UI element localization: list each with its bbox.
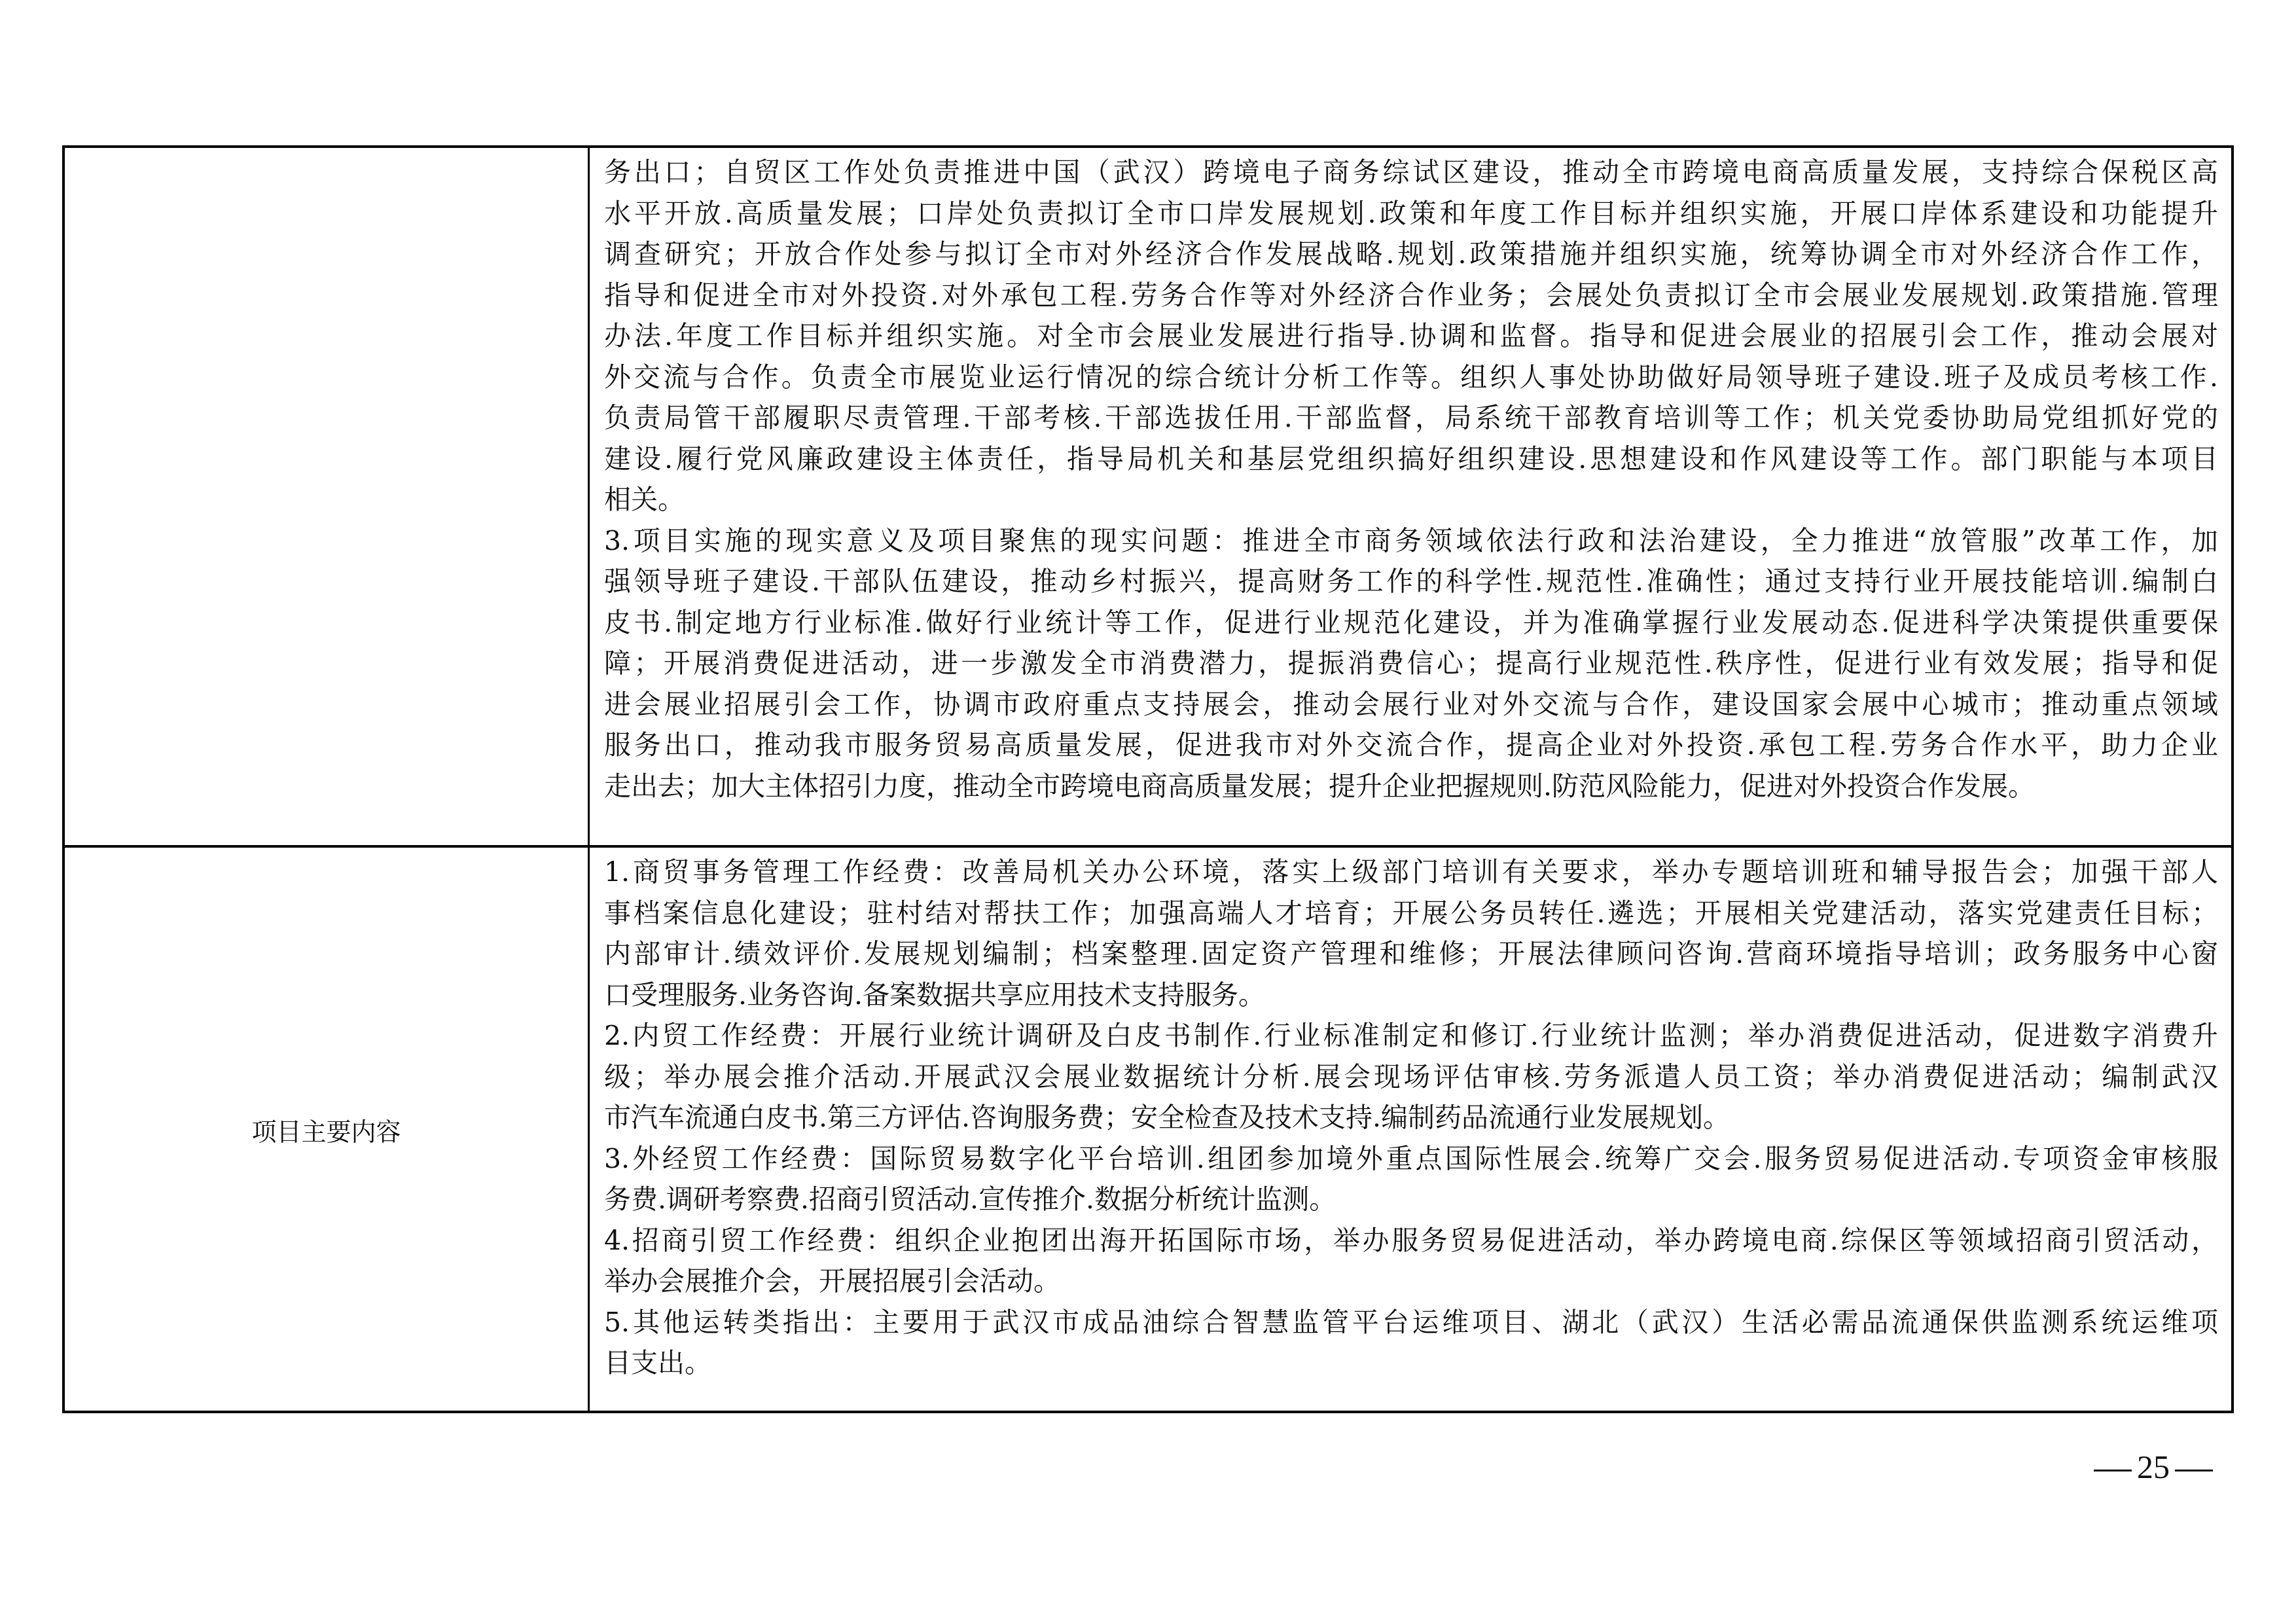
row-content: 务出口；自贸区工作处负责推进中国（武汉）跨境电子商务综试区建设，推动全市跨境电商…	[590, 148, 2231, 845]
row-label	[65, 148, 590, 845]
content-line: 市汽车流通白皮书.第三方评估.咨询服务费；安全检查及技术支持.编制药品流通行业发…	[604, 1097, 2218, 1138]
content-line: 口受理服务.业务咨询.备案数据共享应用技术支持服务。	[604, 975, 2218, 1016]
dash-right-decoration	[2175, 1470, 2213, 1471]
content-line: 负责局管干部履职尽责管理.干部考核.干部选拔任用.干部监督，局系统干部教育培训等…	[604, 397, 2218, 439]
content-line: 务出口；自贸区工作处负责推进中国（武汉）跨境电子商务综试区建设，推动全市跨境电商…	[604, 152, 2218, 193]
content-line: 目支出。	[604, 1343, 2218, 1384]
content-line: 务费.调研考察费.招商引贸活动.宣传推介.数据分析统计监测。	[604, 1179, 2218, 1220]
content-line: 事档案信息化建设；驻村结对帮扶工作；加强高端人才培育；开展公务员转任.遴选；开展…	[604, 893, 2218, 934]
content-line: 4.招商引贸工作经费：组织企业抱团出海开拓国际市场，举办服务贸易促进活动，举办跨…	[604, 1220, 2218, 1261]
content-line: 进会展业招展引会工作，协调市政府重点支持展会，推动会展行业对外交流与合作，建设国…	[604, 684, 2218, 725]
content-line: 水平开放.高质量发展；口岸处负责拟订全市口岸发展规划.政策和年度工作目标并组织实…	[604, 193, 2218, 234]
content-line: 走出去；加大主体招引力度，推动全市跨境电商高质量发展；提升企业把握规则.防范风险…	[604, 766, 2218, 807]
content-line: 障；开展消费促进活动，进一步激发全市消费潜力，提振消费信心；提高行业规范性.秩序…	[604, 643, 2218, 684]
content-line: 2.内贸工作经费：开展行业统计调研及白皮书制作.行业标准制定和修订.行业统计监测…	[604, 1015, 2218, 1056]
content-line: 级；举办展会推介活动.开展武汉会展业数据统计分析.展会现场评估审核.劳务派遣人员…	[604, 1056, 2218, 1098]
content-line: 1.商贸事务管理工作经费：改善局机关办公环境，落实上级部门培训有关要求，举办专题…	[604, 852, 2218, 893]
table-row-department-functions: 务出口；自贸区工作处负责推进中国（武汉）跨境电子商务综试区建设，推动全市跨境电商…	[65, 148, 2231, 845]
content-line: 3.项目实施的现实意义及项目聚焦的现实问题：推进全市商务领域依法行政和法治建设，…	[604, 520, 2218, 562]
row-label-main-content: 项目主要内容	[65, 848, 590, 1411]
page-number-value: 25	[2137, 1449, 2170, 1485]
row-content: 1.商贸事务管理工作经费：改善局机关办公环境，落实上级部门培训有关要求，举办专题…	[590, 848, 2231, 1411]
dash-left-decoration	[2094, 1470, 2132, 1471]
document-page: 务出口；自贸区工作处负责推进中国（武汉）跨境电子商务综试区建设，推动全市跨境电商…	[0, 0, 2296, 1624]
content-line: 举办会展推介会，开展招展引会活动。	[604, 1261, 2218, 1302]
content-line: 强领导班子建设.干部队伍建设，推动乡村振兴，提高财务工作的科学性.规范性.准确性…	[604, 561, 2218, 602]
content-line: 外交流与合作。负责全市展览业运行情况的综合统计分析工作等。组织人事处协助做好局领…	[604, 357, 2218, 398]
project-table: 务出口；自贸区工作处负责推进中国（武汉）跨境电子商务综试区建设，推动全市跨境电商…	[62, 145, 2234, 1413]
content-line: 建设.履行党风廉政建设主体责任，指导局机关和基层党组织搞好组织建设.思想建设和作…	[604, 439, 2218, 480]
content-line: 办法.年度工作目标并组织实施。对全市会展业发展进行指导.协调和监督。指导和促进会…	[604, 316, 2218, 357]
content-line: 3.外经贸工作经费：国际贸易数字化平台培训.组团参加境外重点国际性展会.统筹广交…	[604, 1138, 2218, 1180]
content-line: 5.其他运转类指出：主要用于武汉市成品油综合智慧监管平台运维项目、湖北（武汉）生…	[604, 1302, 2218, 1343]
content-line: 服务出口，推动我市服务贸易高质量发展，促进我市对外交流合作，提高企业对外投资.承…	[604, 725, 2218, 766]
content-line: 调查研究；开放合作处参与拟订全市对外经济合作发展战略.规划.政策措施并组织实施，…	[604, 234, 2218, 275]
content-line: 内部审计.绩效评价.发展规划编制；档案整理.固定资产管理和维修；开展法律顾问咨询…	[604, 933, 2218, 975]
content-line: 相关。	[604, 479, 2218, 520]
page-number: 25	[2081, 1448, 2225, 1486]
content-line: 指导和促进全市对外投资.对外承包工程.劳务合作等对外经济合作业务；会展处负责拟订…	[604, 275, 2218, 316]
table-row-main-content: 项目主要内容 1.商贸事务管理工作经费：改善局机关办公环境，落实上级部门培训有关…	[65, 845, 2231, 1411]
content-line: 皮书.制定地方行业标准.做好行业统计等工作，促进行业规范化建设，并为准确掌握行业…	[604, 602, 2218, 643]
